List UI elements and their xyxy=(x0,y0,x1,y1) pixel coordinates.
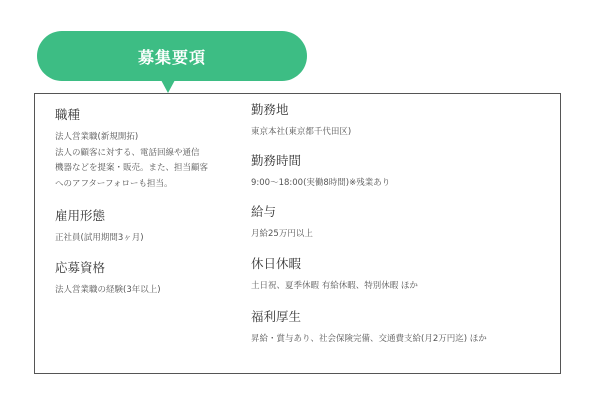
item-line: 昇給・賞与あり、社会保険完備、交通費支給(月2万円迄) ほか xyxy=(251,332,487,348)
item-line: 法人営業職の経験(3年以上) xyxy=(55,283,161,299)
badge-pointer-icon xyxy=(161,80,175,93)
item-body: 法人営業職の経験(3年以上) xyxy=(55,283,161,299)
item-job-type: 職種 法人営業職(新規開拓) 法人の顧客に対する、電話回線や通信 機器などを提案… xyxy=(55,107,208,192)
item-body: 昇給・賞与あり、社会保険完備、交通費支給(月2万円迄) ほか xyxy=(251,332,487,348)
item-body: 土日祝、夏季休暇 有給休暇、特別休暇 ほか xyxy=(251,279,418,295)
item-line: 9:00〜18:00(実働8時間)※残業あり xyxy=(251,176,390,192)
item-title: 応募資格 xyxy=(55,260,161,276)
item-line: 東京本社(東京都千代田区) xyxy=(251,125,351,141)
details-box: 職種 法人営業職(新規開拓) 法人の顧客に対する、電話回線や通信 機器などを提案… xyxy=(34,93,561,374)
item-line: 土日祝、夏季休暇 有給休暇、特別休暇 ほか xyxy=(251,279,418,295)
item-body: 月給25万円以上 xyxy=(251,227,313,243)
item-working-hours: 勤務時間 9:00〜18:00(実働8時間)※残業あり xyxy=(251,153,390,192)
item-line: 月給25万円以上 xyxy=(251,227,313,243)
item-body: 正社員(試用期間3ヶ月) xyxy=(55,231,144,247)
item-title: 雇用形態 xyxy=(55,208,144,224)
item-title: 休日休暇 xyxy=(251,256,418,272)
item-location: 勤務地 東京本社(東京都千代田区) xyxy=(251,102,351,141)
section-title-badge: 募集要項 xyxy=(37,31,307,81)
item-body: 9:00〜18:00(実働8時間)※残業あり xyxy=(251,176,390,192)
item-holidays: 休日休暇 土日祝、夏季休暇 有給休暇、特別休暇 ほか xyxy=(251,256,418,295)
item-title: 職種 xyxy=(55,107,208,123)
section-title: 募集要項 xyxy=(138,45,206,68)
item-line: 法人の顧客に対する、電話回線や通信 xyxy=(55,146,208,162)
item-line: 機器などを提案・販売。また、担当顧客 xyxy=(55,161,208,177)
item-line: 正社員(試用期間3ヶ月) xyxy=(55,231,144,247)
recruitment-details: 募集要項 職種 法人営業職(新規開拓) 法人の顧客に対する、電話回線や通信 機器… xyxy=(0,0,590,408)
item-qualifications: 応募資格 法人営業職の経験(3年以上) xyxy=(55,260,161,299)
item-title: 勤務地 xyxy=(251,102,351,118)
item-title: 福利厚生 xyxy=(251,309,487,325)
item-title: 勤務時間 xyxy=(251,153,390,169)
item-salary: 給与 月給25万円以上 xyxy=(251,204,313,243)
item-title: 給与 xyxy=(251,204,313,220)
item-body: 東京本社(東京都千代田区) xyxy=(251,125,351,141)
item-line: 法人営業職(新規開拓) xyxy=(55,130,208,146)
item-line: へのアフターフォローも担当。 xyxy=(55,177,208,193)
item-employment-type: 雇用形態 正社員(試用期間3ヶ月) xyxy=(55,208,144,247)
item-benefits: 福利厚生 昇給・賞与あり、社会保険完備、交通費支給(月2万円迄) ほか xyxy=(251,309,487,348)
item-body: 法人営業職(新規開拓) 法人の顧客に対する、電話回線や通信 機器などを提案・販売… xyxy=(55,130,208,192)
